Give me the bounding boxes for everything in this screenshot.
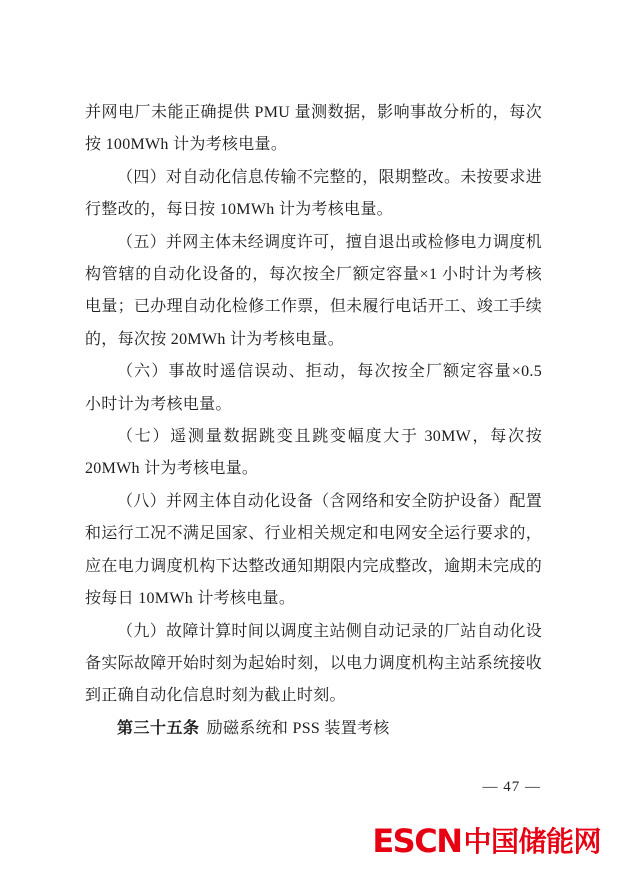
clause-5: （五）并网主体未经调度许可，擅自退出或检修电力调度机构管辖的自动化设备的，每次按… xyxy=(85,227,542,357)
article-number: 第三十五条 xyxy=(117,720,200,737)
clause-9: （九）故障计算时间以调度主站侧自动记录的厂站自动化设备实际故障开始时刻为起始时刻… xyxy=(85,616,542,713)
document-page: 并网电厂未能正确提供 PMU 量测数据，影响事故分析的，每次按 100MWh 计… xyxy=(0,0,620,876)
escn-logo: ESCN中国储能网 xyxy=(372,824,601,865)
clause-7: （七）遥测量数据跳变且跳变幅度大于 30MW，每次按 20MWh 计为考核电量。 xyxy=(85,421,542,486)
document-body: 并网电厂未能正确提供 PMU 量测数据，影响事故分析的，每次按 100MWh 计… xyxy=(85,97,542,745)
article-title: 励磁系统和 PSS 装置考核 xyxy=(207,720,390,737)
article-heading: 第三十五条励磁系统和 PSS 装置考核 xyxy=(85,713,542,745)
page-number: — 47 — xyxy=(483,779,542,796)
escn-logo-latin-text: ESCN xyxy=(372,822,461,860)
clause-4: （四）对自动化信息传输不完整的，限期整改。未按要求进行整改的，每日按 10MWh… xyxy=(85,162,542,227)
clause-8: （八）并网主体自动化设备（含网络和安全防护设备）配置和运行工况不满足国家、行业相… xyxy=(85,486,542,616)
escn-logo-cjk-text: 中国储能网 xyxy=(463,825,601,858)
paragraph-continuation: 并网电厂未能正确提供 PMU 量测数据，影响事故分析的，每次按 100MWh 计… xyxy=(85,97,542,162)
clause-6: （六）事故时遥信误动、拒动，每次按全厂额定容量×0.5 小时计为考核电量。 xyxy=(85,356,542,421)
